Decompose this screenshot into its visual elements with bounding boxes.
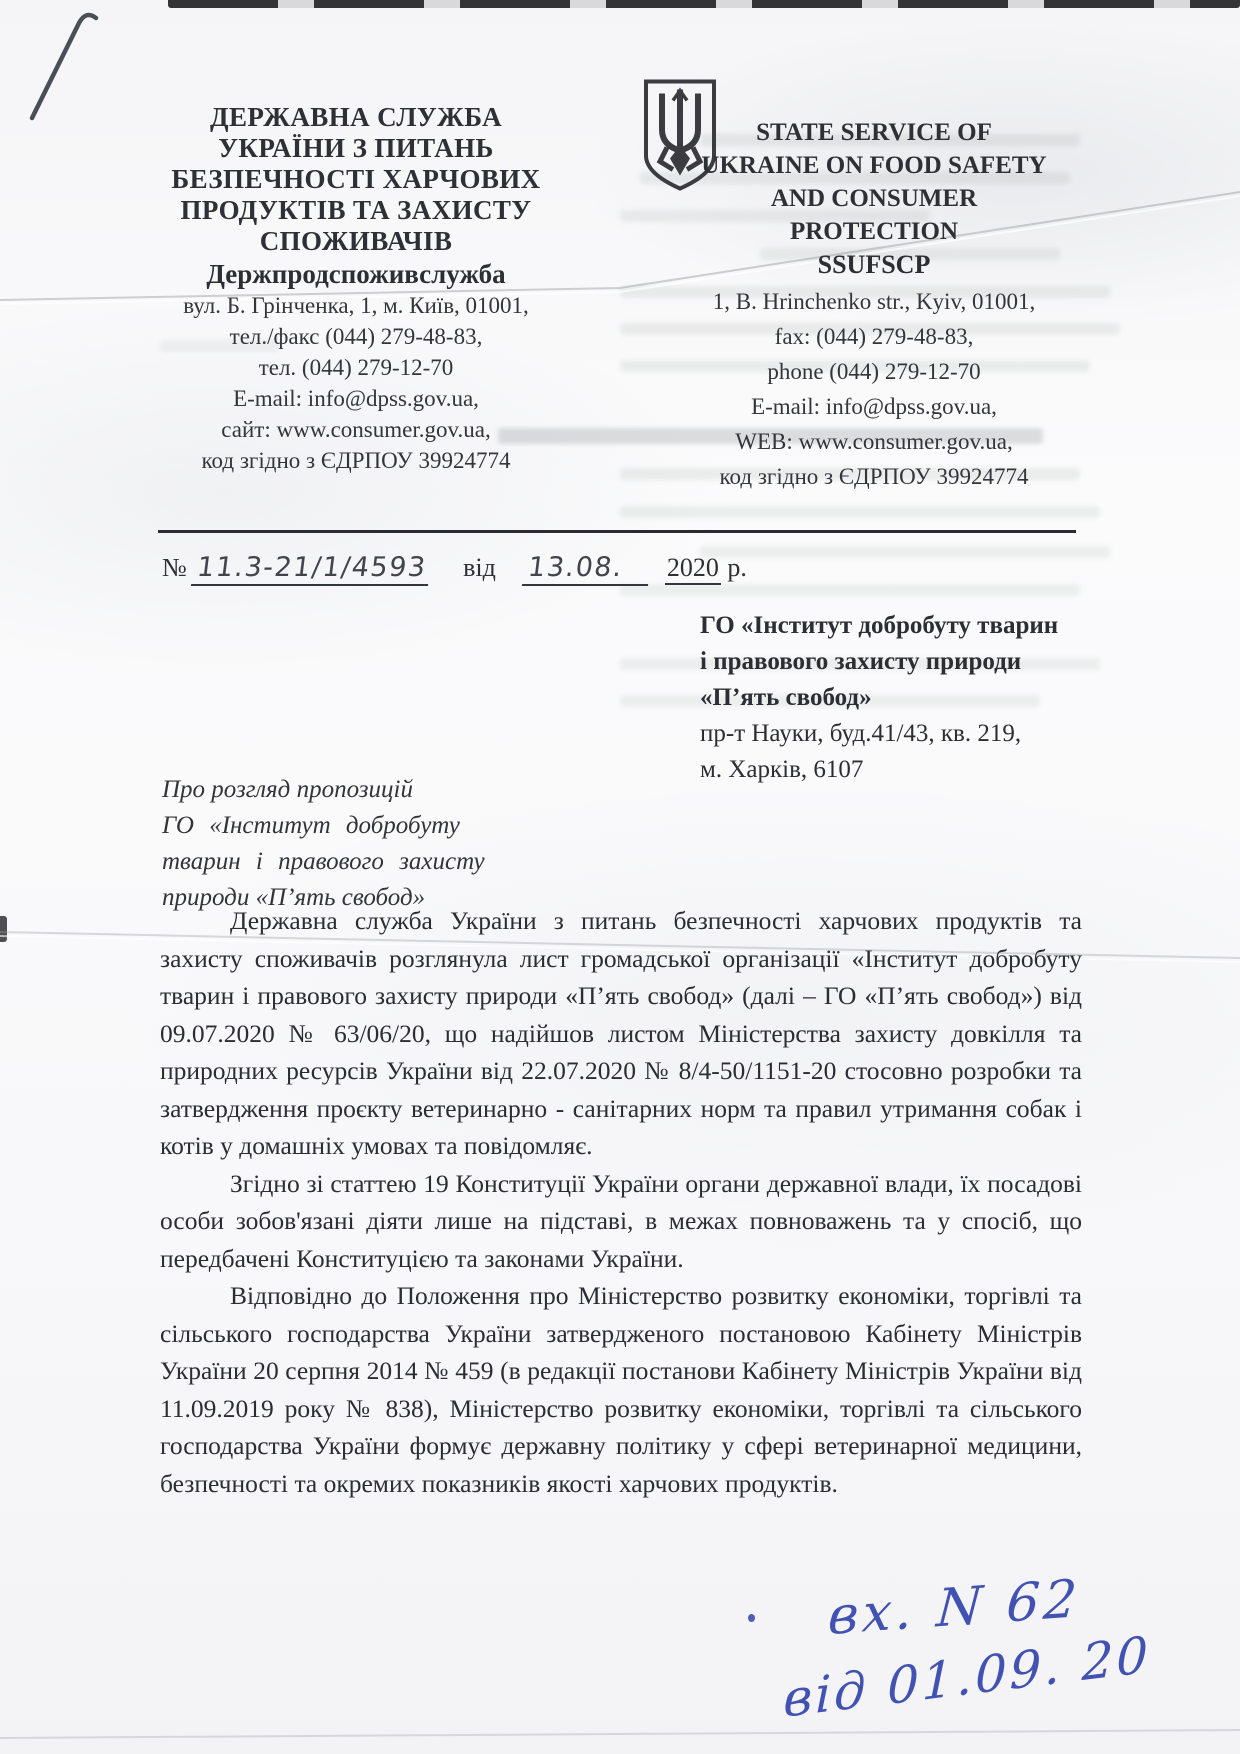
- org-phone-en: phone (044) 279-12-70: [648, 356, 1100, 387]
- handwritten-date: 13.08.: [522, 552, 652, 586]
- scan-edge-artifact: [168, 0, 1240, 8]
- recipient-address-line: м. Харків, 6107: [700, 752, 1120, 788]
- scanned-letter-page: ДЕРЖАВНА СЛУЖБА УКРАЇНИ З ПИТАНЬ БЕЗПЕЧН…: [0, 0, 1240, 1754]
- org-abbreviation-en: SSUFSCP: [648, 248, 1100, 282]
- subject-line: Про розгляд пропозицій: [162, 772, 508, 808]
- org-name-en-line: UKRAINE ON FOOD SAFETY: [648, 149, 1100, 182]
- org-header-ukrainian: ДЕРЖАВНА СЛУЖБА УКРАЇНИ З ПИТАНЬ БЕЗПЕЧН…: [140, 102, 572, 476]
- org-name-line: УКРАЇНИ З ПИТАНЬ: [140, 133, 572, 164]
- subject-block: Про розгляд пропозицій ГО «Інститут добр…: [162, 772, 508, 916]
- number-sign-label: №: [162, 553, 187, 582]
- handwritten-ref-number: 11.3-21/1/4593: [191, 552, 432, 586]
- org-edrpou-code: код згідно з ЄДРПОУ 39924774: [140, 445, 572, 476]
- org-fax-en: fax: (044) 279-48-83,: [648, 321, 1100, 352]
- org-short-name: Держпродспоживслужба: [140, 258, 572, 290]
- header-separator-line: [158, 530, 1076, 533]
- recipient-name-line: і правового захисту природи: [700, 644, 1120, 680]
- org-name-en-line: PROTECTION: [648, 215, 1100, 248]
- org-email: E-mail: info@dpss.gov.ua,: [140, 383, 572, 414]
- year-suffix: р.: [727, 553, 747, 582]
- org-name-line: ДЕРЖАВНА СЛУЖБА: [140, 102, 572, 133]
- pen-dot-mark: [748, 1614, 755, 1622]
- org-edrpou-code-en: код згідно з ЄДРПОУ 39924774: [648, 461, 1100, 492]
- org-email-en: E-mail: info@dpss.gov.ua,: [648, 391, 1100, 422]
- letter-body: Державна служба України з питань безпечн…: [160, 902, 1082, 1502]
- body-paragraph: Згідно зі статтею 19 Конституції України…: [160, 1165, 1082, 1278]
- org-web-en: WEB: www.consumer.gov.ua,: [648, 426, 1100, 457]
- handwritten-incoming-number: вх. N 62: [826, 1569, 1082, 1647]
- body-paragraph: Відповідно до Положення про Міністерство…: [160, 1277, 1082, 1502]
- org-header-english: STATE SERVICE OF UKRAINE ON FOOD SAFETY …: [648, 116, 1100, 492]
- org-website: сайт: www.consumer.gov.ua,: [140, 414, 572, 445]
- org-name-en-line: STATE SERVICE OF: [648, 116, 1100, 149]
- org-name-line: ПРОДУКТІВ ТА ЗАХИСТУ: [140, 195, 572, 226]
- org-address-en: 1, B. Hrinchenko str., Kyiv, 01001,: [648, 286, 1100, 317]
- subject-line: тварин і правового захисту: [162, 844, 508, 880]
- org-address-line: вул. Б. Грінченка, 1, м. Київ, 01001,: [140, 290, 572, 321]
- body-paragraph: Державна служба України з питань безпечн…: [160, 902, 1082, 1165]
- org-name-line: БЕЗПЕЧНОСТІ ХАРЧОВИХ: [140, 164, 572, 195]
- recipient-name-line: ГО «Інститут добробуту тварин: [700, 608, 1120, 644]
- org-phone-fax: тел./факс (044) 279-48-83,: [140, 321, 572, 352]
- scan-edge-mark: [0, 916, 7, 942]
- recipient-name-line: «П’ять свобод»: [700, 680, 1120, 716]
- recipient-address-line: пр-т Науки, буд.41/43, кв. 219,: [700, 716, 1120, 752]
- org-name-en-line: AND CONSUMER: [648, 182, 1100, 215]
- pen-stroke-mark: [32, 15, 96, 118]
- org-name-line: СПОЖИВАЧІВ: [140, 226, 572, 257]
- reference-line: № 11.3-21/1/4593 від 13.08. 2020 р.: [162, 552, 1082, 586]
- recipient-block: ГО «Інститут добробуту тварин і правовог…: [700, 608, 1120, 788]
- from-label: від: [463, 553, 496, 582]
- subject-line: ГО «Інститут добробуту: [162, 808, 508, 844]
- printed-year: 2020: [665, 553, 721, 585]
- org-phone: тел. (044) 279-12-70: [140, 352, 572, 383]
